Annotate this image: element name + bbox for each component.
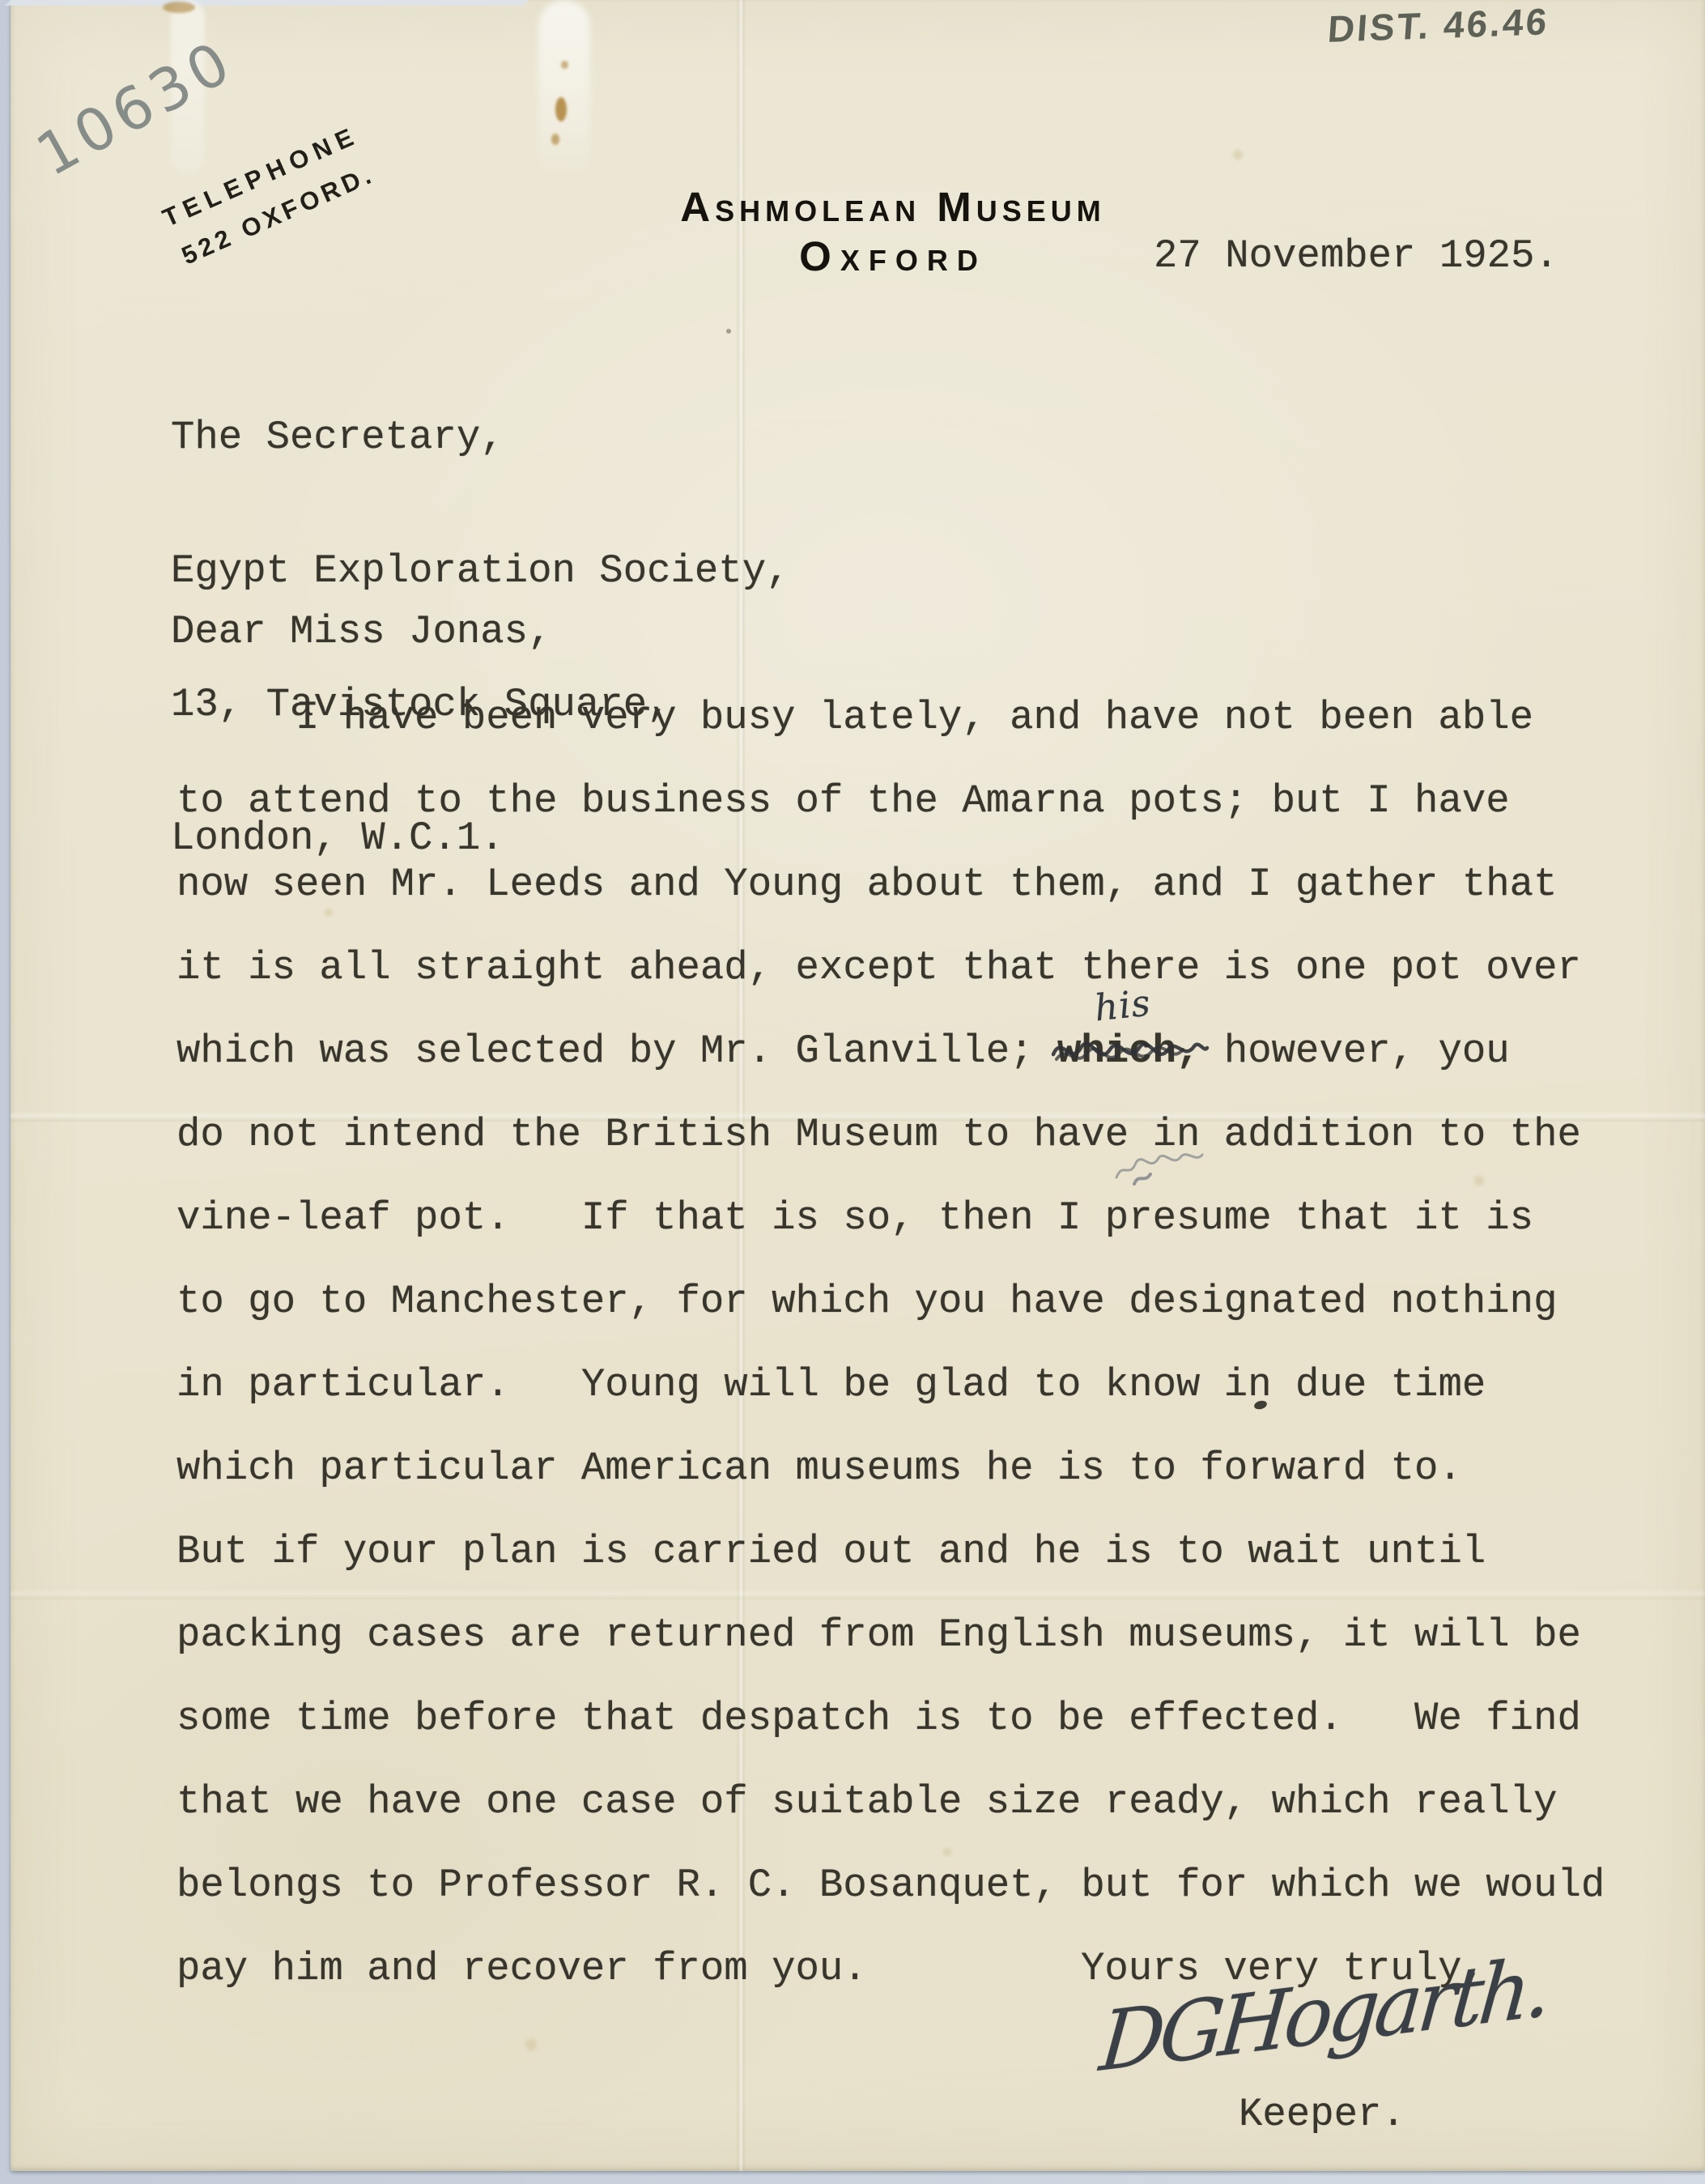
signer-title: Keeper. bbox=[1239, 2092, 1405, 2137]
body-line-with-correction: which was selected by Mr. Glanville; whi… bbox=[176, 1028, 1510, 1074]
body-line: pay him and recover from you. bbox=[176, 1946, 867, 1991]
age-spot bbox=[525, 2039, 537, 2050]
scanner-edge-gap bbox=[5, 0, 529, 6]
rust-stain bbox=[163, 2, 195, 13]
body-line: now seen Mr. Leeds and Young about them,… bbox=[176, 862, 1557, 907]
body-line: which particular American museums he is … bbox=[176, 1445, 1462, 1491]
body-line: some time before that despatch is to be … bbox=[176, 1696, 1581, 1741]
horizontal-fold-crease-lower bbox=[11, 1589, 1705, 1600]
age-spot bbox=[943, 1848, 951, 1856]
body-line: to go to Manchester, for which you have … bbox=[176, 1279, 1557, 1324]
address-line: The Secretary, bbox=[171, 416, 790, 459]
struck-word-wrap: which,his bbox=[1057, 1028, 1200, 1074]
handwritten-correction: his bbox=[1092, 981, 1153, 1032]
body-line: to attend to the business of the Amarna … bbox=[176, 778, 1510, 824]
body-line: belongs to Professor R. C. Bosanquet, bu… bbox=[176, 1863, 1605, 1908]
body-line: that we have one case of suitable size r… bbox=[176, 1779, 1557, 1824]
archive-distribution-number: DIST. 46.46 bbox=[1326, 0, 1550, 51]
body-line: I have been very busy lately, and have n… bbox=[176, 695, 1533, 740]
body-line: But if your plan is carried out and he i… bbox=[176, 1529, 1486, 1574]
body-line: packing cases are returned from English … bbox=[176, 1612, 1581, 1658]
struck-word: which, bbox=[1057, 1028, 1200, 1074]
scanned-letter-page: DIST. 46.46 10630 TELEPHONE 522 OXFORD. … bbox=[0, 0, 1705, 2184]
body-line: in particular. Young will be glad to kno… bbox=[176, 1362, 1486, 1407]
body-line-segment: which was selected by Mr. Glanville; bbox=[176, 1028, 1057, 1074]
body-line: do not intend the British Museum to have… bbox=[176, 1112, 1581, 1157]
rust-stain bbox=[551, 134, 559, 145]
letter-date: 27 November 1925. bbox=[1154, 233, 1558, 279]
rust-stain bbox=[561, 61, 568, 69]
paperclip-impression bbox=[538, 0, 590, 182]
rust-stain bbox=[555, 97, 567, 121]
body-line: vine-leaf pot. If that is so, then I pre… bbox=[176, 1195, 1533, 1241]
age-spot bbox=[1233, 150, 1243, 160]
museum-name: Ashmolean Museum bbox=[529, 183, 1257, 231]
paper-speck bbox=[726, 329, 731, 334]
letter-paper: DIST. 46.46 10630 TELEPHONE 522 OXFORD. … bbox=[11, 0, 1705, 2171]
age-spot bbox=[1474, 1176, 1484, 1186]
address-line: Egypt Exploration Society, bbox=[171, 550, 790, 593]
body-line: it is all straight ahead, except that th… bbox=[176, 945, 1581, 990]
accession-number: 10630 bbox=[26, 28, 244, 188]
salutation: Dear Miss Jonas, bbox=[171, 609, 551, 654]
body-line-segment: however, you bbox=[1200, 1028, 1509, 1074]
museum-city: Oxford bbox=[529, 232, 1257, 280]
